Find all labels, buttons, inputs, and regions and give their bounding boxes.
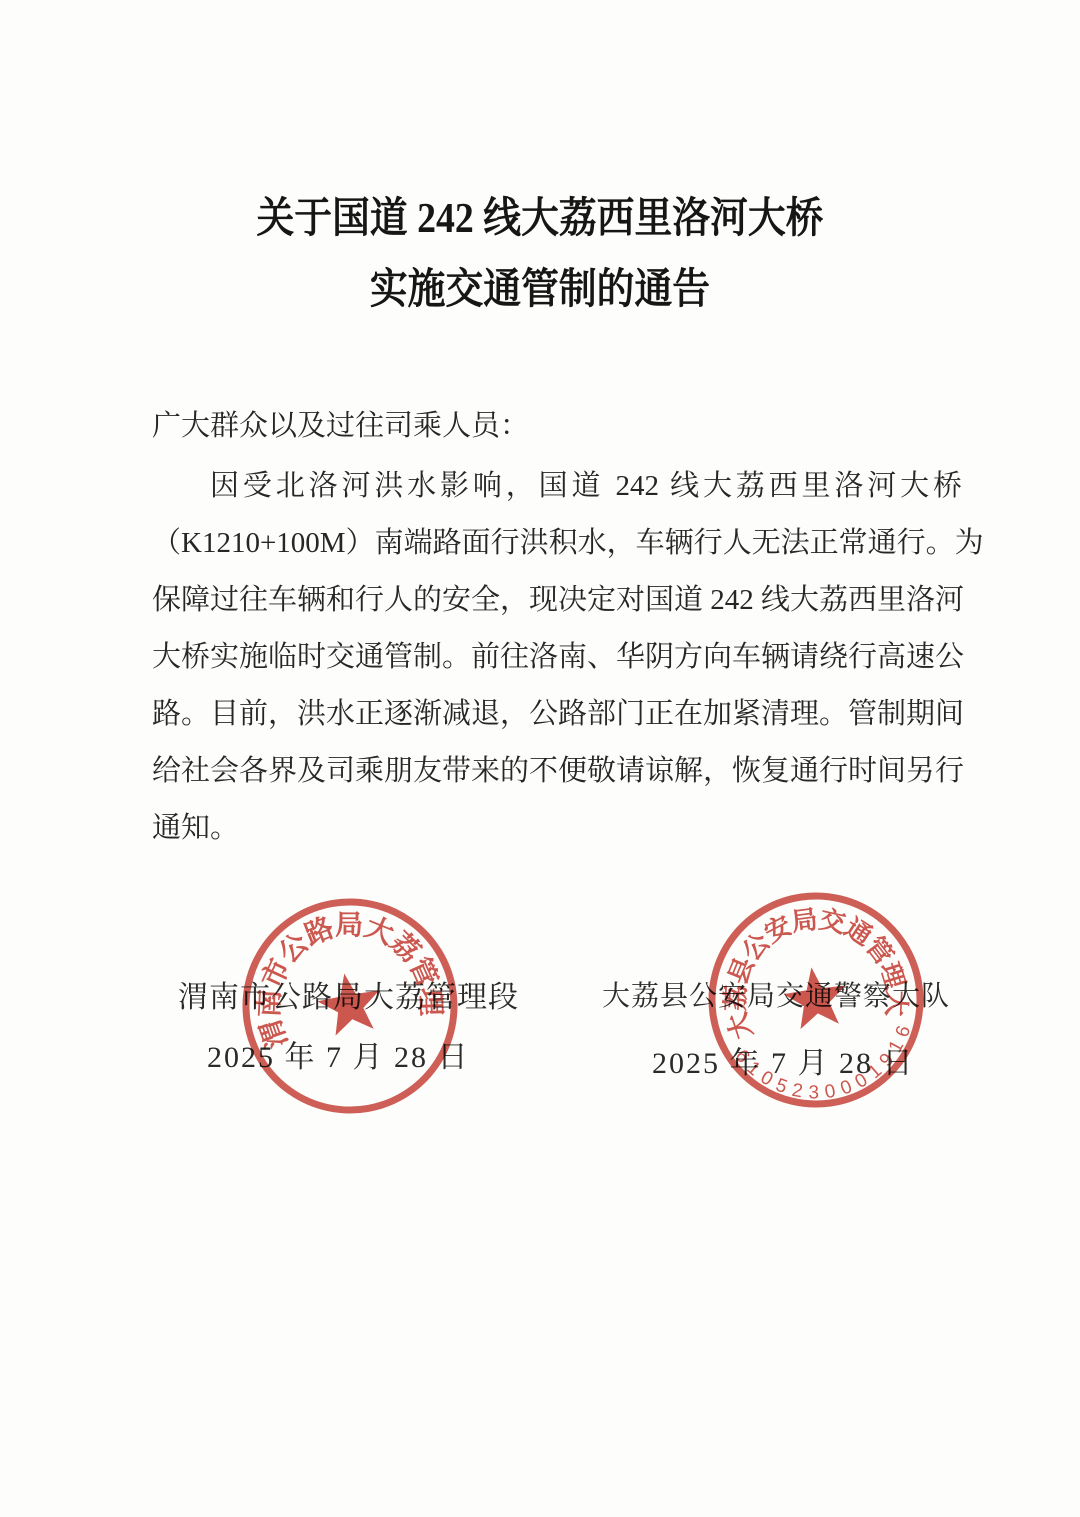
official-seal-right: 大荔县公安局交通管理大队 6105230001916: [680, 864, 951, 1135]
doc-title-line2: 实施交通管制的通告: [54, 255, 1026, 326]
body-line: （K1210+100M）南端路面行洪积水，车辆行人无法正常通行。为: [152, 515, 962, 572]
official-seal-left: 渭南市公路局大荔管理段: [211, 867, 489, 1145]
body-line: 保障过往车辆和行人的安全，现决定对国道 242 线大荔西里洛河: [152, 572, 962, 629]
doc-title-line1: 关于国道 242 线大荔西里洛河大桥: [54, 184, 1026, 255]
star-icon: [313, 968, 385, 1038]
body-line: 通知。: [152, 800, 962, 857]
body-line: 路。目前，洪水正逐渐减退，公路部门正在加紧清理。管制期间: [152, 686, 962, 743]
body-line: 给社会各界及司乘朋友带来的不便敬请谅解，恢复通行时间另行: [152, 743, 962, 800]
doc-title: 关于国道 242 线大荔西里洛河大桥 实施交通管制的通告: [0, 184, 1080, 326]
document-page: 关于国道 242 线大荔西里洛河大桥 实施交通管制的通告 广大群众以及过往司乘人…: [0, 0, 1080, 1517]
body-line: 因受北洛河洪水影响，国道 242 线大荔西里洛河大桥: [152, 458, 962, 515]
star-icon: [780, 963, 850, 1031]
body-line: 大桥实施临时交通管制。前往洛南、华阴方向车辆请绕行高速公: [152, 629, 962, 686]
salutation: 广大群众以及过往司乘人员：: [152, 398, 962, 455]
body-paragraph: 因受北洛河洪水影响，国道 242 线大荔西里洛河大桥 （K1210+100M）南…: [152, 458, 962, 857]
